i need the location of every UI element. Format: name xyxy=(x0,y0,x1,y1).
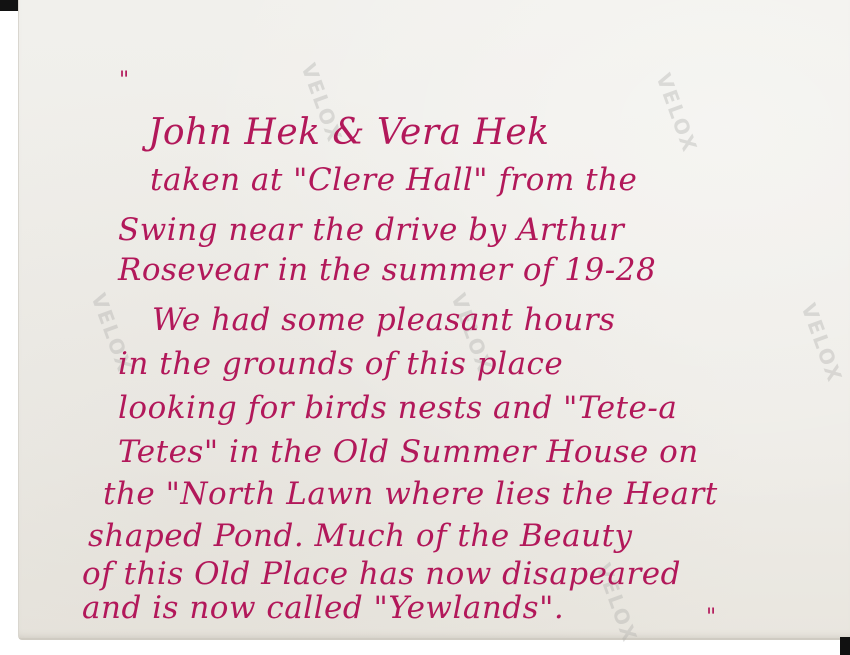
scan-edge-shadow-bottom-right xyxy=(840,637,850,655)
opening-quote-mark: " xyxy=(119,68,129,93)
scanned-photo-back: VELOX VELOX VELOX VELOX VELOX VELOX " Jo… xyxy=(0,0,850,655)
velox-watermark: VELOX xyxy=(651,70,702,156)
handwritten-line: shaped Pond. Much of the Beauty xyxy=(88,518,633,554)
handwritten-line: We had some pleasant hours xyxy=(152,302,615,338)
velox-watermark: VELOX xyxy=(796,300,847,386)
handwritten-line: the "North Lawn where lies the Heart xyxy=(103,476,718,512)
closing-quote-mark: " xyxy=(706,605,716,630)
handwritten-line: of this Old Place has now disapeared xyxy=(82,556,681,592)
handwritten-line: and is now called "Yewlands". xyxy=(82,590,564,626)
handwritten-line: looking for birds nests and "Tete-a xyxy=(118,390,677,426)
handwritten-line: in the grounds of this place xyxy=(118,346,563,382)
handwritten-line-names: John Hek & Vera Hek xyxy=(148,112,550,153)
scan-edge-shadow-top-left xyxy=(0,0,19,11)
handwritten-line: Tetes" in the Old Summer House on xyxy=(118,434,699,470)
handwritten-line: Swing near the drive by Arthur xyxy=(118,212,624,248)
handwritten-line: Rosevear in the summer of 19-28 xyxy=(118,252,656,288)
handwritten-line: taken at "Clere Hall" from the xyxy=(150,162,637,198)
